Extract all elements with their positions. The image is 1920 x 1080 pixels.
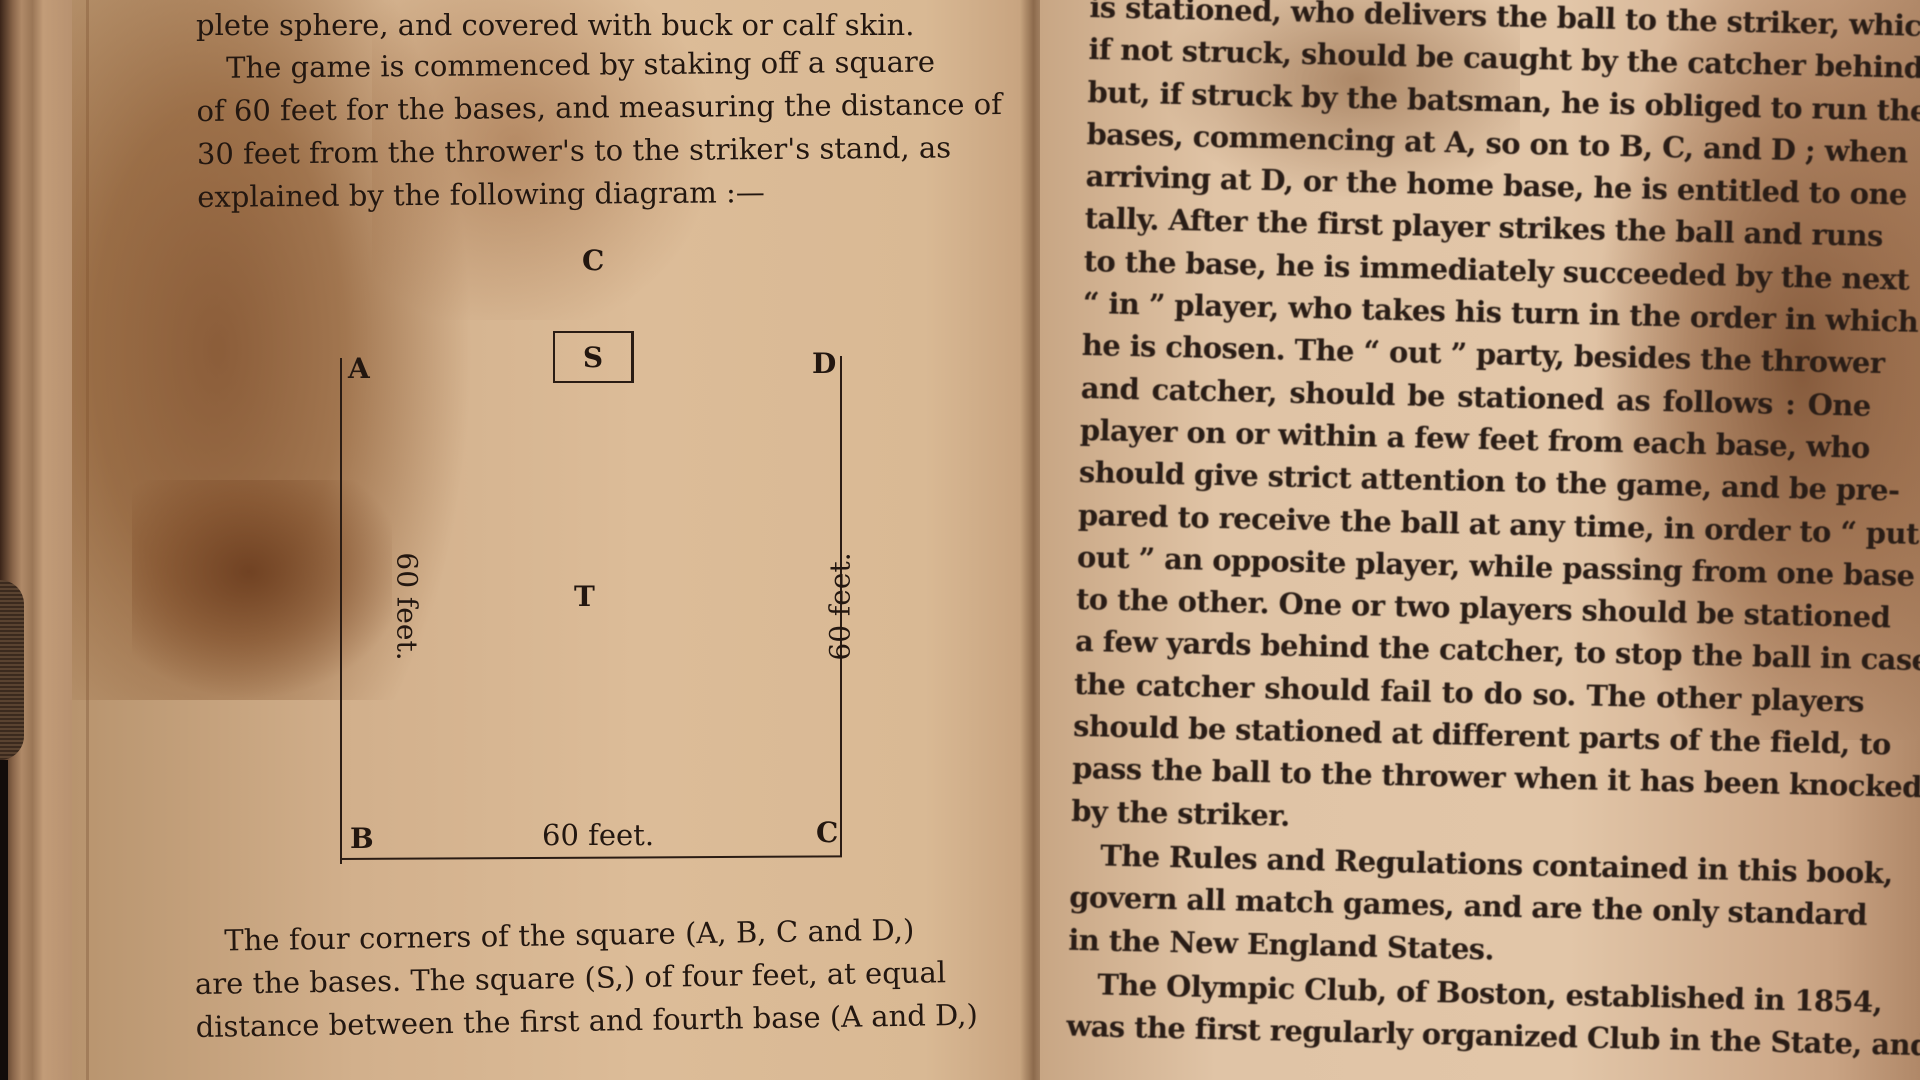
left-page-bottom-text: The four corners of the square (A, B, C … [194, 909, 916, 1049]
paragraph: The Rules and Regulations contained in t… [1068, 834, 1861, 979]
label-corner-a: A [348, 352, 370, 385]
left-side-length-label: 60 feet. [391, 552, 424, 660]
right-page: is stationed, who delivers the ball to t… [1040, 0, 1920, 1080]
striker-box: S [553, 331, 634, 383]
label-corner-d: D [812, 347, 836, 380]
open-book: strips of India rubber ... com- plete sp… [0, 0, 1920, 1080]
left-page: strips of India rubber ... com- plete sp… [72, 0, 1020, 1080]
label-top-c: C [582, 244, 604, 277]
book-binding [0, 0, 72, 1080]
label-s: S [583, 341, 603, 374]
bottom-side-line [340, 855, 842, 860]
bottom-side-length-label: 60 feet. [542, 818, 654, 852]
left-side-line [340, 358, 342, 864]
label-thrower-t: T [574, 580, 595, 613]
binding-shadow [0, 760, 8, 1080]
binding-cloth [0, 580, 24, 760]
paragraph: The Olympic Club, of Boston, established… [1066, 963, 1858, 1065]
label-corner-b: B [350, 822, 374, 855]
right-side-length-label: 60 feet. [824, 552, 857, 660]
paragraph: is stationed, who delivers the ball to t… [1071, 0, 1880, 850]
label-corner-c: C [816, 816, 838, 849]
right-page-text: is stationed, who delivers the ball to t… [1066, 0, 1880, 1065]
